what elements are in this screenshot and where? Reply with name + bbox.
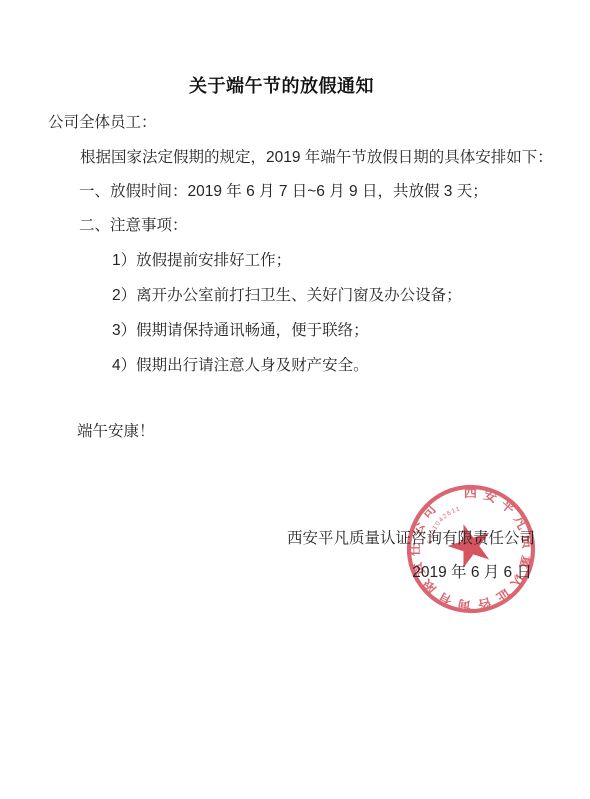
page-title: 关于端午节的放假通知 <box>0 72 563 98</box>
intro-paragraph: 根据国家法定假期的规定，2019 年端午节放假日期的具体安排如下： <box>80 145 553 167</box>
company-seal-stamp: 西安平凡质量认证咨询有限责任公司 6101042611019 <box>388 466 554 632</box>
holiday-time-item: 一、放假时间：2019 年 6 月 7 日~6 月 9 日，共放假 3 天； <box>79 179 488 201</box>
notes-heading-item: 二、注意事项： <box>79 213 188 235</box>
notice-document-page: 关于端午节的放假通知 公司全体员工： 根据国家法定假期的规定，2019 年端午节… <box>0 0 590 799</box>
note-item-3: 3）假期请保持通讯畅通，便于联络； <box>112 318 369 340</box>
signature-date: 2019 年 6 月 6 日 <box>412 560 532 582</box>
closing-greeting: 端午安康！ <box>77 419 155 441</box>
note-item-4: 4）假期出行请注意人身及财产安全。 <box>112 353 369 375</box>
signature-company-name: 西安平凡质量认证咨询有限责任公司 <box>287 526 535 548</box>
note-item-2: 2）离开办公室前打扫卫生、关好门窗及办公设备； <box>112 283 462 305</box>
salutation-line: 公司全体员工： <box>48 110 157 132</box>
note-item-1: 1）放假提前安排好工作； <box>112 248 291 270</box>
